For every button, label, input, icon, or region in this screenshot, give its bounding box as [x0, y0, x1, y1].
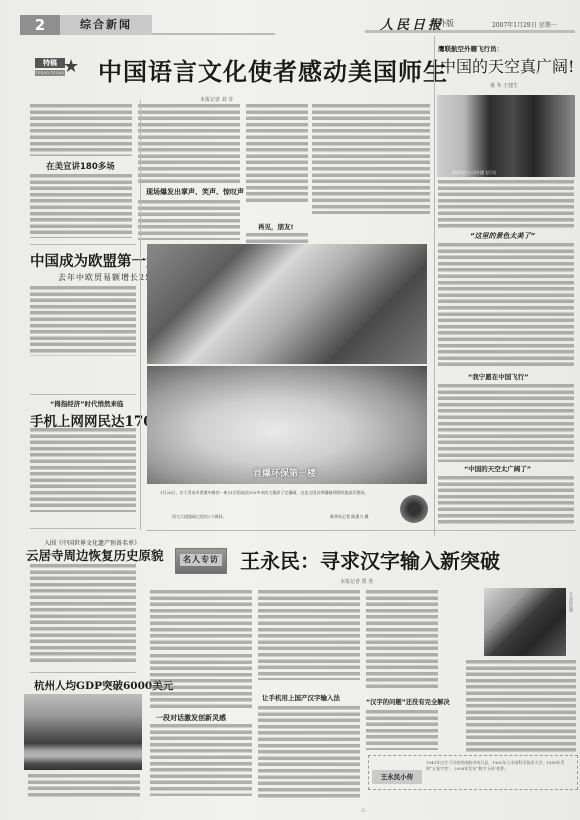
- badge-label: 名人专访: [180, 554, 222, 566]
- photo-caption: 1月26日，位于青岛市香港中路的一座31层的高达100多米的大楼原子定爆破，这是…: [160, 490, 395, 510]
- interview-headline[interactable]: 王永民：寻求汉字输入新突破: [240, 545, 500, 574]
- mobile-kicker: “拇指经济”时代悄然来临: [50, 399, 124, 408]
- issue-date: 2007年1月29日 星期一: [492, 20, 557, 29]
- interview-subhead-1: 一段对话激发创新灵感: [156, 713, 226, 723]
- pilot-subhead-3: “中国的天空太广阔了”: [464, 464, 531, 473]
- newspaper-page: 2 综合新闻 人民日报 海外版 2007年1月29日 星期一 特稿 TEGAO …: [0, 0, 580, 820]
- lead-body-col1b: [30, 174, 132, 238]
- lead-body-col4: [312, 104, 430, 214]
- divider: [30, 394, 136, 395]
- lead-subhead-1: 在美宣讲180多场: [46, 160, 115, 172]
- pilots-photo-caption: 鹰联航空公司外籍飞行员: [452, 170, 562, 177]
- masthead-rule-right: [365, 30, 575, 33]
- interview-subhead-3: “汉字的问题”还没有完全解决: [366, 697, 450, 706]
- lead-headline[interactable]: 中国语言文化使者感动美国师生: [98, 52, 448, 87]
- interview-body-col1c: [150, 724, 252, 796]
- mobile-body: [30, 428, 136, 512]
- lead-body-col2a: [138, 104, 240, 184]
- interview-body-col3a: [366, 590, 438, 690]
- interview-byline: 本报记者 贾 勇: [340, 578, 373, 585]
- page-number: 2: [20, 15, 60, 35]
- star-icon: ★: [63, 57, 79, 77]
- photo-credit: 新华社记者 陈建力 摄: [330, 514, 410, 522]
- bio-label: 王永民小传: [372, 770, 422, 784]
- interview-body-col1b: [150, 654, 252, 708]
- special-report-badge: 特稿 TEGAO TEGAO ★: [35, 55, 77, 81]
- interview-subhead-2: 让手机用上国产汉字输入法: [262, 693, 340, 702]
- lead-subhead-3: 再见，朋友!: [258, 222, 293, 231]
- badge-sublabel: TEGAO TEGAO: [35, 70, 65, 76]
- column-rule: [434, 36, 435, 536]
- interview-body-col3b: [366, 710, 438, 750]
- eu-body: [30, 286, 136, 356]
- masthead-rule: [152, 33, 275, 35]
- demolition-photo-before: [147, 244, 427, 364]
- interview-body-col1a: [150, 590, 252, 650]
- photo-caption-2: 图为大楼爆破过程的2个瞬间。: [172, 514, 292, 522]
- wang-yongmin-photo: [484, 588, 566, 656]
- bio-text: 1943年出生于河南省南阳市南召县，1962年入中国科学技术大学，1983年发明…: [426, 760, 574, 786]
- lead-body-col2b: [138, 200, 240, 240]
- pilots-photo: [437, 95, 575, 177]
- divider: [30, 244, 136, 245]
- page-footer: ·2·: [360, 808, 366, 814]
- pilot-body-1: [438, 180, 574, 228]
- lead-byline: 本报记者 刘 菲: [200, 96, 233, 103]
- pilot-headline[interactable]: 中国的天空真广阔!: [440, 54, 574, 77]
- pilot-body-3: [438, 384, 574, 462]
- hangzhou-caption: [28, 774, 140, 798]
- lead-body-col3a: [246, 104, 308, 204]
- lead-body-col1a: [30, 104, 132, 156]
- interview-body-col4: [466, 660, 576, 752]
- divider: [30, 528, 136, 529]
- temple-headline[interactable]: 云居寺周边恢复历史原貌: [26, 546, 164, 564]
- pilot-body-4: [438, 476, 574, 526]
- hangzhou-photo: [24, 694, 142, 770]
- paper-edition: 海外版: [430, 18, 454, 29]
- column-rule: [140, 100, 141, 530]
- wang-photo-caption: 王永民近照: [567, 592, 573, 632]
- pilot-byline: 黄 冬 王建生: [490, 82, 518, 89]
- pilot-subhead-2: “我宁愿在中国飞行”: [468, 372, 529, 381]
- divider: [146, 530, 576, 531]
- pilot-kicker: 鹰联航空外籍飞行员：: [438, 44, 503, 53]
- badge-label: 特稿: [35, 58, 65, 68]
- celebrity-interview-badge: 名人专访: [175, 548, 227, 574]
- divider: [30, 672, 136, 673]
- interview-body-col2b: [258, 706, 360, 798]
- temple-body: [30, 564, 136, 664]
- seal-emblem-icon: [400, 495, 428, 523]
- lead-subhead-2: 现场爆发出掌声、笑声、惊叹声: [146, 187, 244, 197]
- section-title: 综合新闻: [60, 15, 152, 35]
- pilot-subhead-1: “这里的景色太美了”: [470, 231, 535, 241]
- interview-body-col2a: [258, 590, 360, 680]
- photo-overlay-title: 首爆环保第一楼: [253, 466, 316, 479]
- pilot-body-2: [438, 243, 574, 367]
